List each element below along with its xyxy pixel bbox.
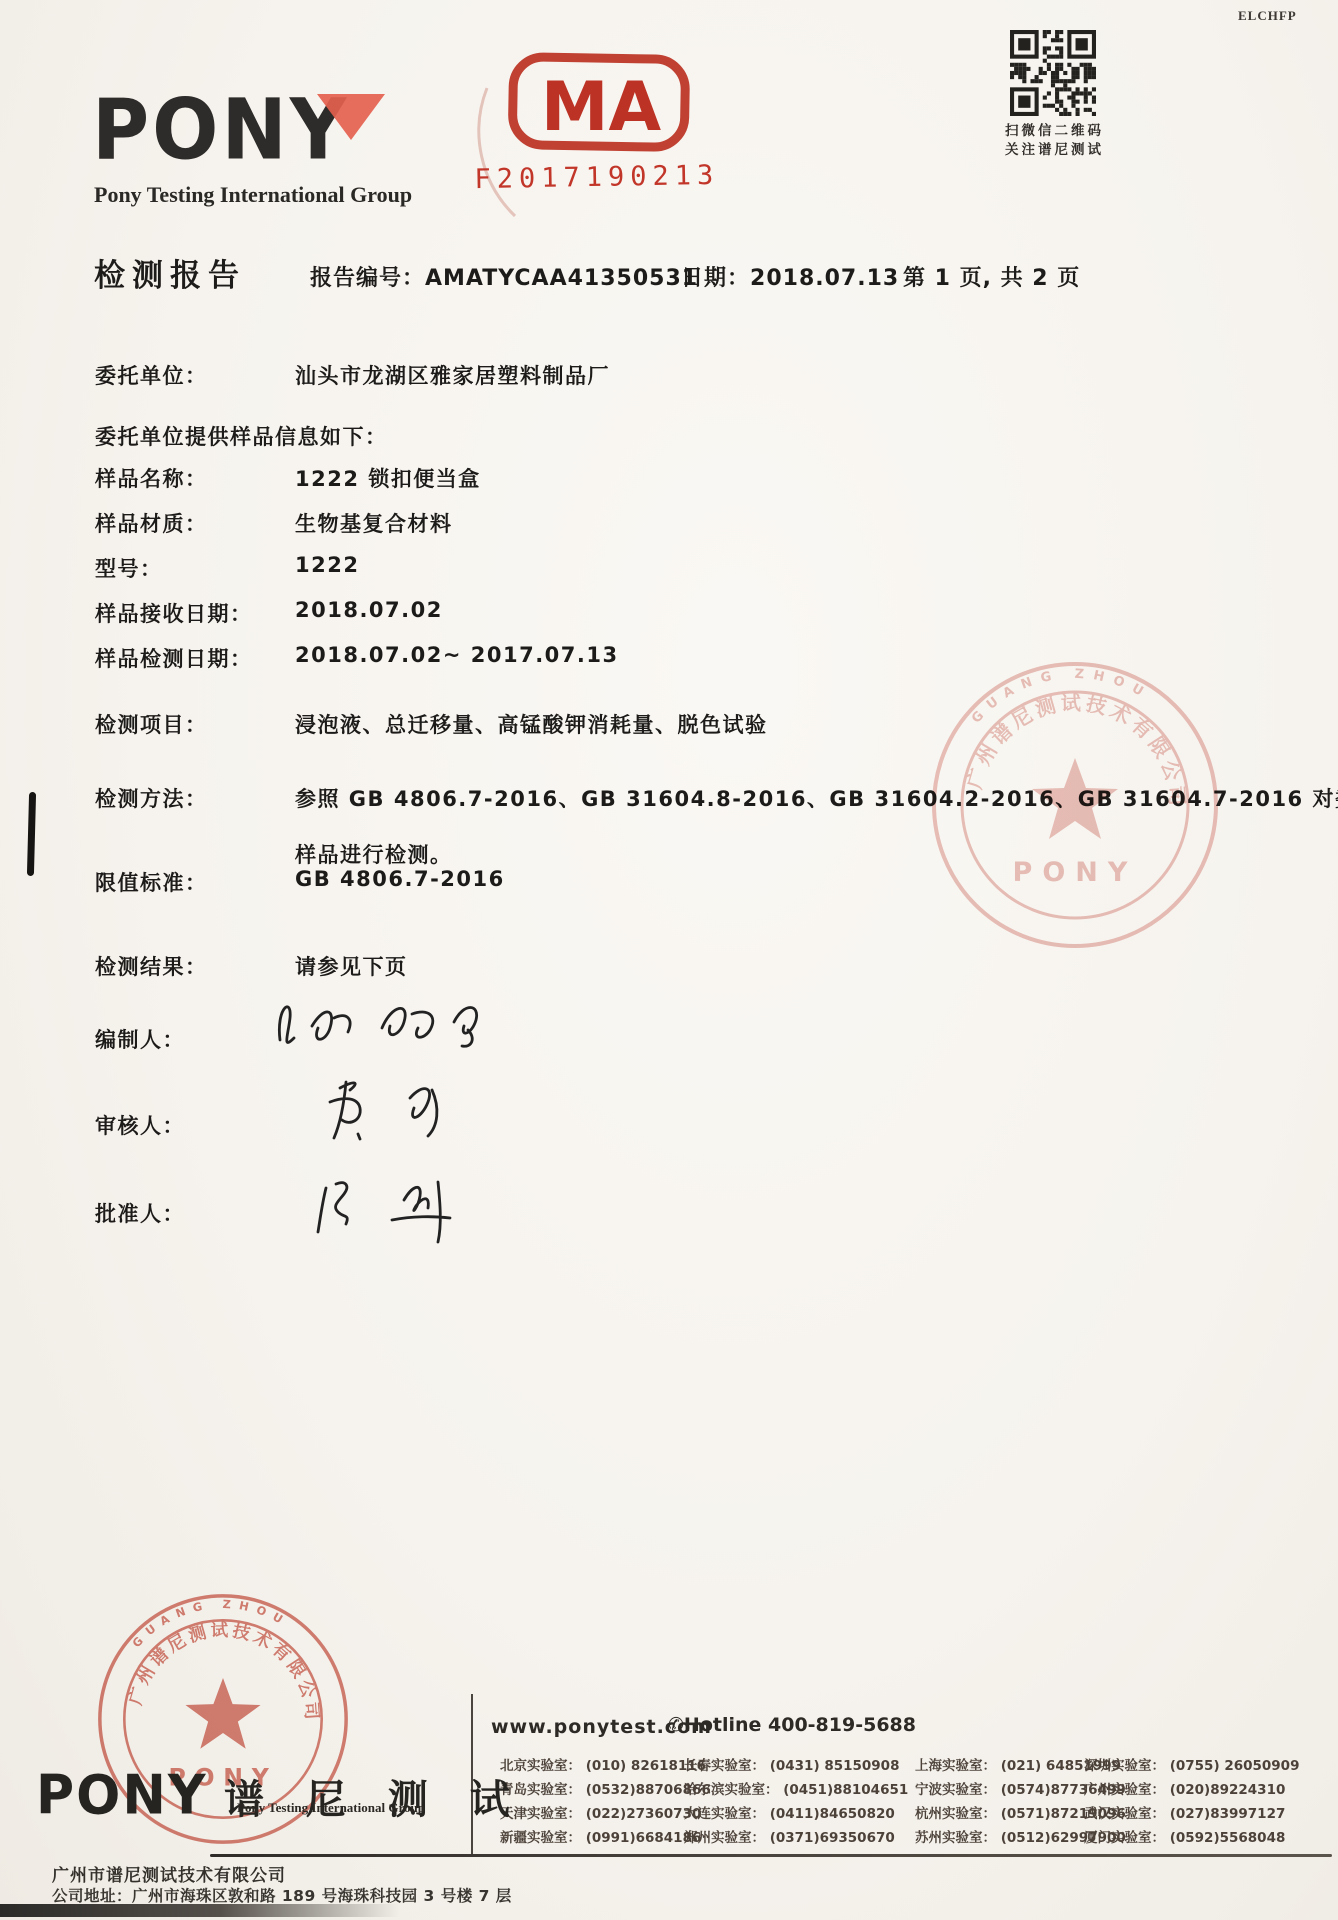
lab-contact: 武汉实验室： (027)83997127: [1084, 1805, 1326, 1824]
qr-caption-line2: 关注谱尼测试: [1005, 141, 1101, 160]
company-name: 广州市谱尼测试技术有限公司: [52, 1861, 286, 1886]
pony-logo-wordmark: PONY: [92, 82, 349, 179]
footer-logo-tagline: Pony Testing International Group: [237, 1800, 425, 1816]
material-label: 样品材质：: [95, 508, 208, 538]
cma-certificate-number: F2017190213: [474, 160, 719, 195]
cma-letters: MA: [541, 68, 662, 147]
lab-contact: 北京实验室： (010) 82618116: [500, 1757, 684, 1776]
cma-accreditation-stamp: MA F2017190213: [445, 48, 745, 227]
document-title: 检测报告: [94, 250, 246, 295]
report-number-label: 报告编号：: [310, 266, 425, 291]
report-date-value: 2018.07.13: [750, 266, 899, 291]
material-value: 生物基复合材料: [295, 508, 453, 538]
sample-info-heading: 委托单位提供样品信息如下：: [95, 421, 388, 451]
report-date: 日期：2018.07.13: [681, 261, 899, 292]
testing-date-value: 2018.07.02~ 2017.07.13: [295, 643, 619, 667]
hotline-number: ✆Hotline 400-819-5688: [668, 1714, 916, 1736]
compiler-signature: [262, 978, 512, 1073]
footer-horizontal-rule: [210, 1854, 1332, 1857]
lab-contact: 天津实验室： (022)27360730: [500, 1805, 684, 1824]
test-items-value: 浸泡液、总迁移量、高锰酸钾消耗量、脱色试验: [295, 709, 768, 739]
report-number: 报告编号：AMATYCAA41350531: [310, 261, 698, 292]
report-number-value: AMATYCAA41350531: [425, 266, 698, 291]
lab-contact: 新疆实验室： (0991)6684186: [500, 1829, 684, 1848]
sample-name-value: 1222 锁扣便当盒: [295, 463, 481, 493]
lab-contact: 哈尔滨实验室： (0451)88104651: [684, 1781, 915, 1800]
footer-logo-chinese: 谱 尼 测 试: [224, 1768, 524, 1825]
approver-label: 批准人：: [95, 1198, 185, 1228]
approver-signature: [292, 1158, 492, 1253]
report-date-label: 日期：: [681, 266, 750, 291]
model-label: 型号：: [95, 553, 163, 583]
test-items-label: 检测项目：: [95, 709, 208, 739]
compiler-label: 编制人：: [95, 1024, 185, 1054]
print-code: ELCHFP: [1238, 8, 1297, 24]
received-date-value: 2018.07.02: [295, 598, 443, 622]
lab-contact: 杭州实验室： (0571)87219096: [915, 1805, 1084, 1824]
result-label: 检测结果：: [95, 951, 208, 981]
pony-logo-triangle-icon: [317, 94, 385, 140]
lab-contact: 厦门实验室： (0592)5568048: [1084, 1829, 1326, 1848]
pony-round-stamp-right: [925, 655, 1225, 955]
limit-standard-label: 限值标准：: [95, 867, 208, 897]
test-report-page: 广州谱尼测试技术有限公司 GUANG ZHOU PONY PONY Pony T…: [0, 0, 1338, 1920]
lab-contact: 苏州实验室： (0512)62997900: [915, 1829, 1084, 1848]
test-method-line2: 样品进行检测。: [295, 839, 453, 869]
wechat-qr-code: 扫微信二维码 关注谱尼测试: [1005, 30, 1101, 160]
lab-contact: 大连实验室： (0411)84650820: [684, 1805, 915, 1824]
lab-contact: 广州实验室： (020)89224310: [1084, 1781, 1326, 1800]
client-label: 委托单位：: [95, 360, 208, 390]
result-value: 请参见下页: [295, 951, 408, 981]
page-info: 第 1 页, 共 2 页: [903, 261, 1080, 292]
lab-contact: 深圳实验室： (0755) 26050909: [1084, 1757, 1326, 1776]
scan-edge-mark: [27, 792, 36, 876]
lab-contact: 长春实验室： (0431) 85150908: [684, 1757, 915, 1776]
qr-caption-line1: 扫微信二维码: [1005, 122, 1101, 141]
pony-logo-tagline: Pony Testing International Group: [94, 182, 412, 208]
received-date-label: 样品接收日期：: [95, 598, 253, 628]
reviewer-label: 审核人：: [95, 1110, 185, 1140]
lab-contact: 上海实验室： (021) 64851999: [915, 1757, 1084, 1776]
limit-standard-value: GB 4806.7-2016: [295, 867, 505, 891]
lab-contact: 宁波实验室： (0574)87736499: [915, 1781, 1084, 1800]
company-address: 公司地址：广州市海珠区敦和路 189 号海珠科技园 3 号楼 7 层: [52, 1884, 512, 1906]
client-value: 汕头市龙湖区雅家居塑料制品厂: [295, 360, 610, 390]
lab-contact: 郑州实验室： (0371)69350670: [684, 1829, 915, 1848]
footer-pony-wordmark: PONY: [36, 1764, 208, 1827]
labs-grid: 北京实验室： (010) 82618116长春实验室： (0431) 85150…: [500, 1757, 1326, 1848]
lab-contact: 青岛实验室： (0532)88706866: [500, 1781, 684, 1800]
test-method-label: 检测方法：: [95, 783, 208, 813]
testing-date-label: 样品检测日期：: [95, 643, 253, 673]
model-value: 1222: [295, 553, 359, 577]
sample-name-label: 样品名称：: [95, 463, 208, 493]
reviewer-signature: [300, 1068, 490, 1158]
